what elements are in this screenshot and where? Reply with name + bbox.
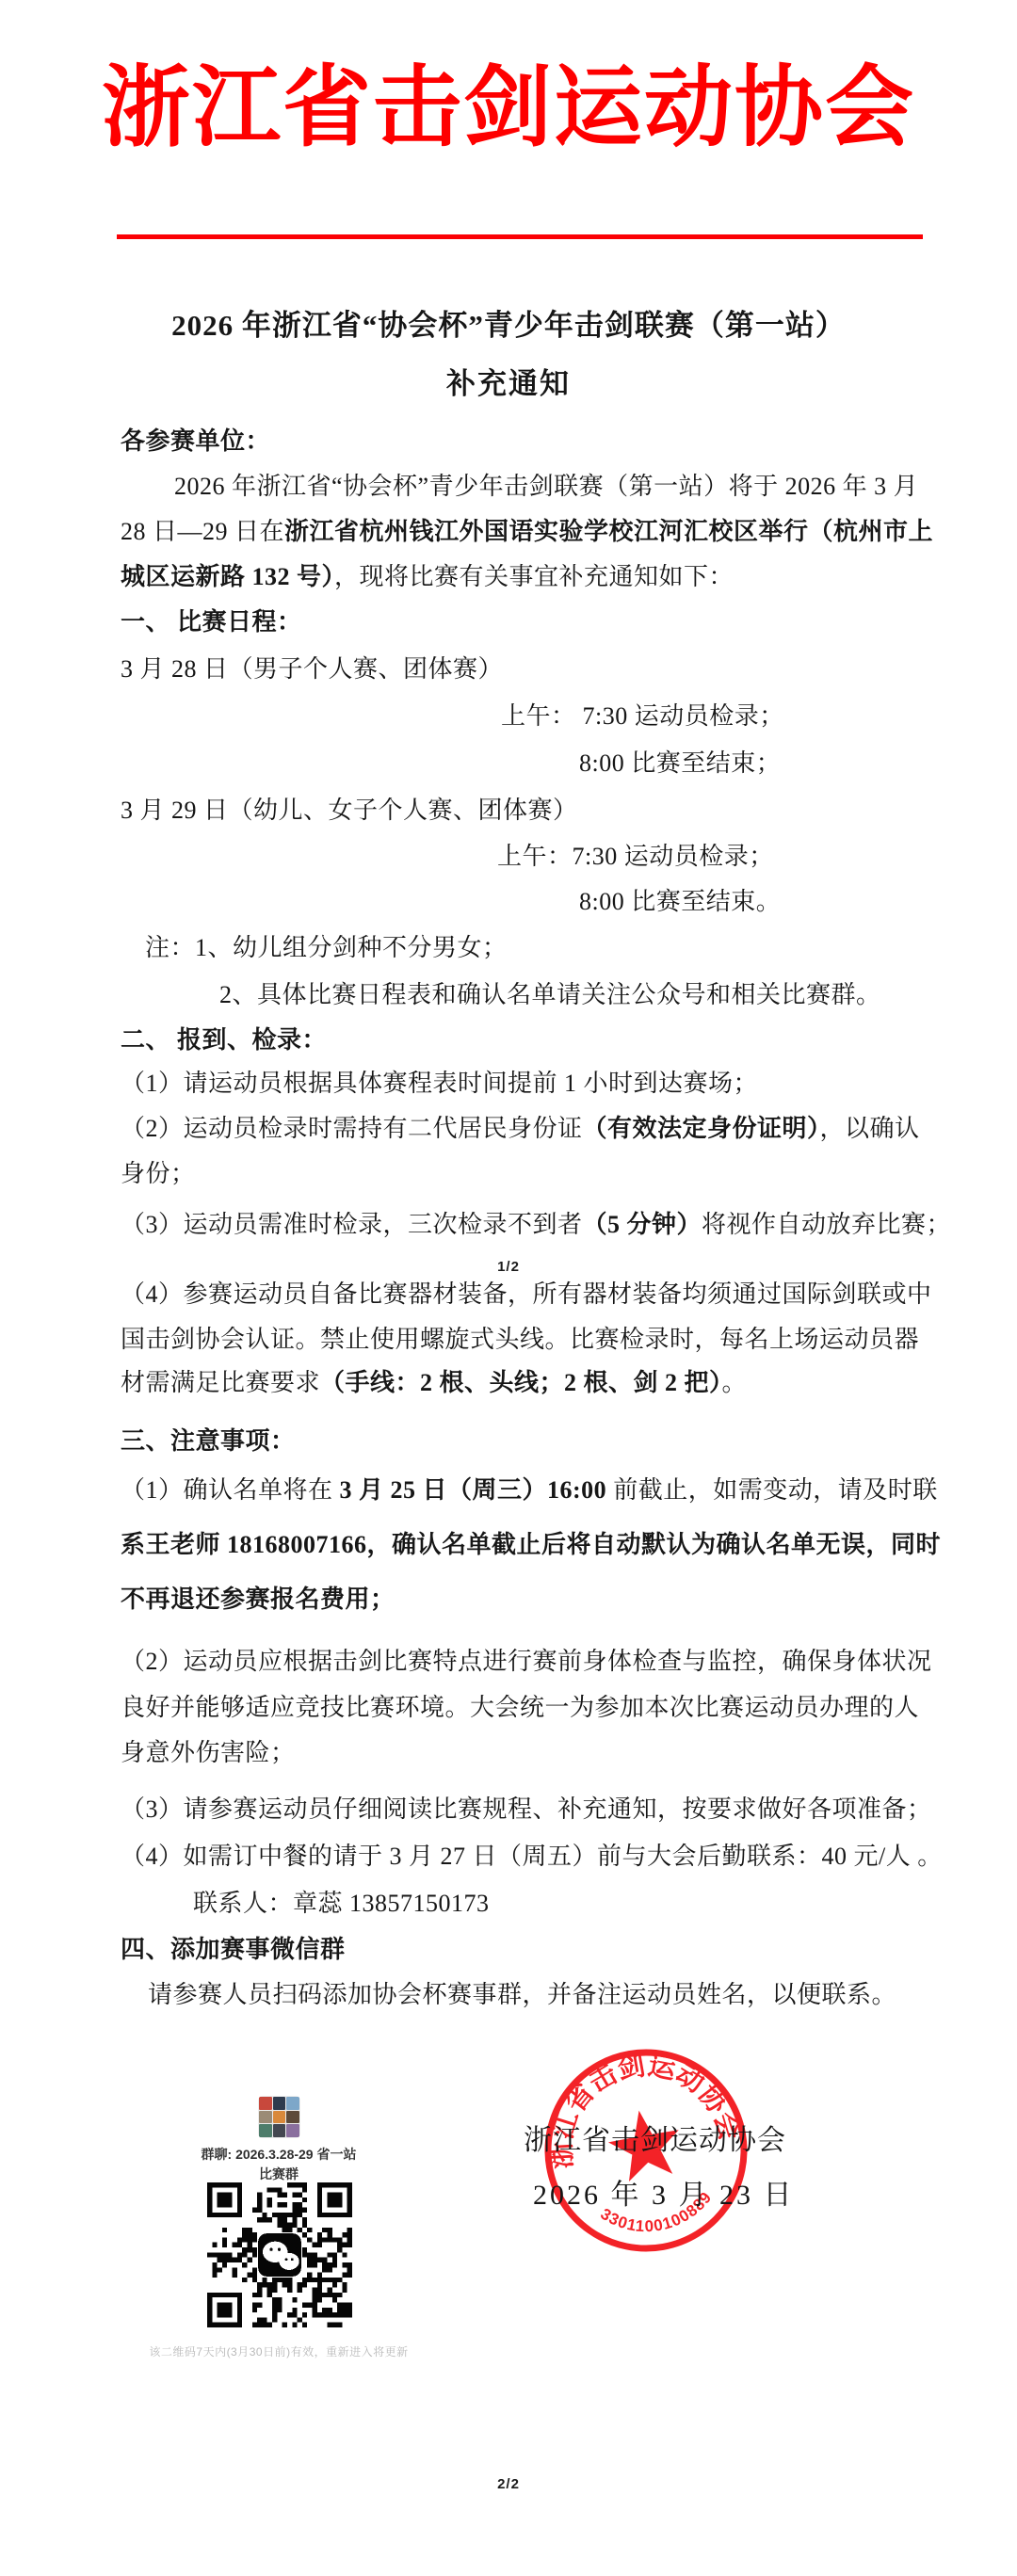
group-caption-line1: 群聊: 2026.3.28-29 省一站 [128, 2145, 429, 2164]
body-line: 城区运新路 132 号），现将比赛有关事宜补充通知如下： [121, 561, 959, 593]
body-line: 二、 报到、检录： [121, 1024, 959, 1056]
qr-code-svg [207, 2182, 352, 2327]
body-line: 身份； [121, 1158, 959, 1190]
body-line: 2026 年浙江省“协会杯”青少年击剑联赛（第一站）将于 2026 年 3 月 [121, 471, 1012, 503]
body-line: 三、注意事项： [121, 1425, 959, 1457]
body-line: 请参赛人员扫码添加协会杯赛事群，并备注运动员姓名，以便联系。 [121, 1979, 986, 2011]
body-line: （4）如需订中餐的请于 3 月 27 日（周五）前与大会后勤联系：40 元/人 … [121, 1841, 959, 1873]
body-line: 各参赛单位： [121, 426, 959, 458]
qr-validity-note: 该二维码7天内(3月30日前)有效，重新进入将更新 [72, 2343, 486, 2359]
body-line: （2）运动员检录时需持有二代居民身份证（有效法定身份证明），以确认 [121, 1113, 959, 1145]
signature-date: 2026 年 3 月 23 日 [533, 2171, 795, 2213]
body-line: 3 月 28 日（男子个人赛、团体赛） [121, 653, 959, 685]
body-line: 良好并能够适应竞技比赛环境。大会统一为参加本次比赛运动员办理的人 [121, 1692, 959, 1724]
body-line: 四、添加赛事微信群 [121, 1934, 959, 1966]
body-line: 注：1、幼儿组分剑种不分男女； [121, 932, 983, 964]
body-line: 系王老师 18168007166，确认名单截止后将自动默认为确认名单无误，同时 [121, 1529, 959, 1561]
body-line: 材需满足比赛要求（手线：2 根、头线；2 根、剑 2 把）。 [121, 1367, 959, 1399]
signature-org: 浙江省击剑运动协会 [524, 2117, 786, 2158]
body-line: （1）确认名单将在 3 月 25 日（周三）16:00 前截止，如需变动，请及时… [121, 1474, 959, 1506]
body-line: （1）请运动员根据具体赛程表时间提前 1 小时到达赛场； [121, 1068, 959, 1100]
body-line: 上午： 7:30 运动员检录； [121, 700, 1017, 733]
body-line: 身意外伤害险； [121, 1737, 959, 1769]
body-line: （3）请参赛运动员仔细阅读比赛规程、补充通知，按要求做好各项准备； [121, 1794, 959, 1826]
body-lines: 各参赛单位：2026 年浙江省“协会杯”青少年击剑联赛（第一站）将于 2026 … [0, 0, 1017, 2576]
body-line: 不再退还参赛报名费用； [121, 1584, 959, 1616]
body-line: 3 月 29 日（幼儿、女子个人赛、团体赛） [121, 795, 959, 827]
body-line: 2、具体比赛日程表和确认名单请关注公众号和相关比赛群。 [121, 979, 1017, 1011]
body-line: 上午：7:30 运动员检录； [121, 841, 1017, 873]
body-line: （2）运动员应根据击剑比赛特点进行赛前身体检查与监控，确保身体状况 [121, 1646, 959, 1678]
body-line: （3）运动员需准时检录，三次检录不到者（5 分钟）将视作自动放弃比赛； [121, 1209, 959, 1241]
body-line: 8:00 比赛至结束。 [121, 886, 1017, 918]
page-marker-mid: 1/2 [0, 1259, 1017, 1275]
body-line: 一、 比赛日程： [121, 606, 959, 638]
group-avatar [258, 2096, 300, 2138]
body-line: 8:00 比赛至结束； [121, 748, 1017, 780]
body-line: 国击剑协会认证。禁止使用螺旋式头线。比赛检录时，每名上场运动员器 [121, 1324, 959, 1356]
page-number: 2/2 [0, 2476, 1017, 2492]
body-line: 联系人：章蕊 13857150173 [121, 1888, 1017, 1920]
document-page: 浙江省击剑运动协会 2026 年浙江省“协会杯”青少年击剑联赛（第一站） 补充通… [0, 0, 1017, 2576]
body-line: （4）参赛运动员自备比赛器材装备，所有器材装备均须通过国际剑联或中 [121, 1279, 959, 1311]
body-line: 28 日—29 日在浙江省杭州钱江外国语实验学校江河汇校区举行（杭州市上 [121, 516, 959, 548]
qr-code [207, 2182, 352, 2327]
group-caption-line2: 比赛群 [128, 2165, 429, 2183]
